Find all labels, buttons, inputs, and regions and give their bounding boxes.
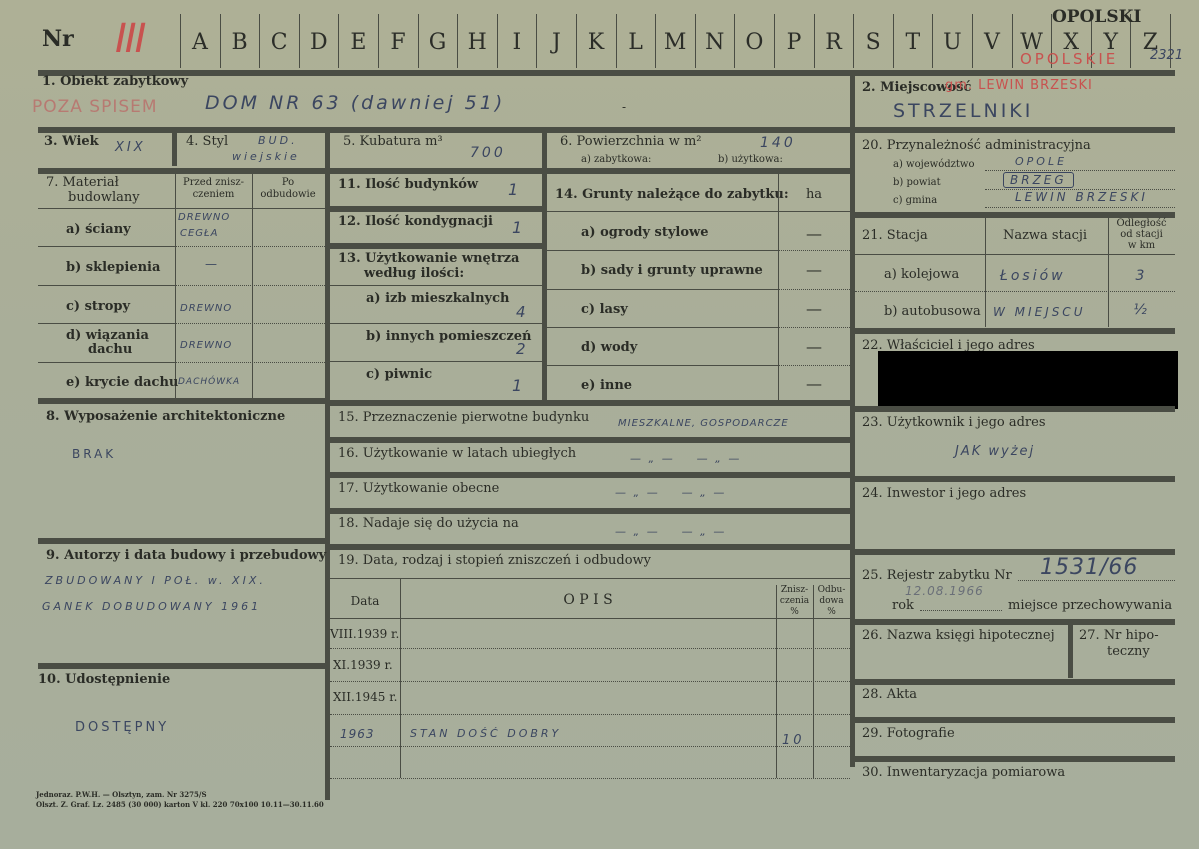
- divider: [855, 619, 1175, 625]
- field5-value: 700: [470, 145, 506, 161]
- field19-col-rebuild-l2: dowa: [813, 596, 850, 607]
- field17-value: — „ — — „ —: [615, 486, 726, 499]
- field20-b-value: BRZEG: [1003, 172, 1074, 188]
- divider: [855, 291, 1175, 292]
- divider: [547, 211, 850, 212]
- monument-record-card: Nr III ABCDEFGHIJKLMNOPRSTUVWXYZ OPOLSKI…: [0, 0, 1199, 849]
- field7-col-after-l1: Po: [253, 177, 323, 189]
- field19-col-desc: O P I S: [400, 593, 776, 608]
- divider: [330, 578, 850, 579]
- field5-label: 5. Kubatura m³: [343, 134, 443, 149]
- field21-row2-distance: ½: [1108, 302, 1175, 318]
- underline: [985, 207, 1175, 208]
- divider: [38, 70, 1175, 76]
- field10-label: 10. Udostępnienie: [38, 672, 170, 687]
- field11-value: 1: [508, 180, 521, 199]
- divider: [855, 756, 1175, 762]
- letter-index-e: E: [338, 30, 378, 55]
- field13-row-c-label: c) piwnic: [366, 367, 432, 382]
- field8-value: BRAK: [72, 447, 116, 461]
- field12-value: 1: [512, 218, 525, 237]
- field19-row3-date: XII.1945 r.: [333, 690, 397, 705]
- field21-col-dist-l3: w km: [1108, 240, 1175, 252]
- field7-row-b-label: b) sklepienia: [66, 260, 160, 275]
- region-handwritten: OPOLSKIE: [1020, 50, 1118, 68]
- field25-year-label: rok: [892, 598, 914, 613]
- divider: [855, 717, 1175, 723]
- letter-index-a: A: [180, 30, 220, 55]
- field20-c-label: c) gmina: [893, 195, 937, 207]
- divider: [855, 406, 1175, 412]
- field25-label: 25. Rejestr zabytku Nr: [862, 568, 1012, 583]
- field25-year-value: 12.08.1966: [905, 584, 984, 598]
- divider: [38, 398, 325, 404]
- divider: [330, 618, 850, 619]
- divider: [330, 206, 542, 212]
- field30-label: 30. Inwentaryzacja pomiarowa: [862, 765, 1065, 780]
- letter-index-u: U: [932, 30, 972, 55]
- redaction-box: [878, 351, 1178, 409]
- field27-label-line1: 27. Nr hipo-: [1079, 628, 1159, 643]
- letter-index-g: G: [418, 30, 458, 55]
- letter-index-p: P: [774, 30, 814, 55]
- field20-label: 20. Przynależność administracyjna: [862, 138, 1091, 153]
- letter-index-d: D: [299, 30, 339, 55]
- field2-annotation: gm. LEWIN BRZESKI: [945, 78, 1093, 93]
- divider: [855, 328, 1175, 334]
- letter-index-o: O: [734, 30, 774, 55]
- divider: [38, 323, 176, 324]
- column-divider: [850, 72, 855, 767]
- underline: [985, 170, 1175, 171]
- field20-a-value: OPOLE: [1015, 155, 1067, 168]
- divider: [330, 714, 850, 715]
- field7-row-c-before: DREWNO: [180, 303, 232, 314]
- field12-label: 12. Ilość kondygnacji: [338, 214, 493, 229]
- field21-label: 21. Stacja: [862, 228, 928, 243]
- field13-label-line2: według ilości:: [364, 266, 464, 281]
- divider: [330, 361, 542, 362]
- field14-row-e-value: —: [778, 374, 850, 393]
- divider: [330, 508, 850, 514]
- letter-index-f: F: [378, 30, 418, 55]
- field15-value: MIESZKALNE, GOSPODARCZE: [618, 418, 789, 429]
- field15-label: 15. Przeznaczenie pierwotne budynku: [338, 410, 589, 425]
- field10-value: DOSTĘPNY: [75, 720, 169, 735]
- field13-row-b-value: 2: [516, 340, 529, 358]
- letter-index-j: J: [536, 30, 576, 55]
- field24-label: 24. Inwestor i jego adres: [862, 486, 1026, 501]
- field19-col-rebuild-l3: %: [813, 607, 850, 618]
- underline: [920, 610, 1002, 611]
- field16-value: — „ — — „ —: [630, 452, 741, 465]
- letter-index-n: N: [695, 30, 735, 55]
- field14-row-c-value: —: [778, 299, 850, 318]
- letter-index-r: R: [814, 30, 854, 55]
- divider: [400, 578, 401, 778]
- field7-row-d-before: DREWNO: [180, 340, 232, 351]
- field20-a-label: a) województwo: [893, 159, 975, 171]
- field1-note: POZA SPISEM: [32, 97, 158, 117]
- field14-row-d-label: d) wody: [581, 340, 637, 355]
- field7-row-c-label: c) stropy: [66, 299, 130, 314]
- field6-label: 6. Powierzchnia w m²: [560, 134, 702, 149]
- divider: [176, 362, 325, 363]
- field6-sub-b: b) użytkowa:: [718, 154, 783, 166]
- field14-label: 14. Grunty należące do zabytku:: [555, 187, 789, 202]
- divider: [855, 254, 1175, 255]
- divider: [252, 172, 253, 400]
- field21-row1-label: a) kolejowa: [884, 267, 959, 282]
- field4-value-line2: wiejskie: [232, 150, 300, 163]
- divider: [778, 250, 850, 251]
- field14-row-a-value: —: [778, 224, 850, 243]
- field27-label-line2: teczny: [1107, 644, 1150, 659]
- field7-row-d-label-l1: d) wiązania: [66, 328, 149, 343]
- field19-col-damage-l1: Znisz-: [776, 585, 813, 596]
- divider: [330, 778, 850, 779]
- field14-row-e-label: e) inne: [581, 378, 632, 393]
- divider: [175, 172, 176, 400]
- divider: [330, 472, 850, 478]
- field1-dash: -: [622, 100, 626, 114]
- field29-label: 29. Fotografie: [862, 726, 955, 741]
- field25-storage-label: miejsce przechowywania: [1008, 598, 1172, 613]
- field13-row-b-label: b) innych pomieszczeń: [366, 329, 532, 344]
- field19-row4-date: 1963: [340, 727, 375, 741]
- field23-label: 23. Użytkownik i jego adres: [862, 415, 1046, 430]
- field9-label: 9. Autorzy i data budowy i przebudowy: [46, 548, 326, 563]
- divider: [38, 285, 176, 286]
- field9-value-line1: ZBUDOWANY I POŁ. w. XIX.: [45, 574, 266, 587]
- field13-row-c-value: 1: [512, 376, 525, 395]
- field7-col-after-l2: odbudowie: [253, 189, 323, 201]
- field18-label: 18. Nadaje się do użycia na: [338, 516, 519, 531]
- underline: [1018, 580, 1175, 581]
- field7-label-line2: budowlany: [68, 190, 140, 205]
- field17-label: 17. Użytkowanie obecne: [338, 481, 499, 496]
- letter-index-v: V: [972, 30, 1012, 55]
- footer-line1: Jednorаz. P.W.H. — Olsztyn, zam. Nr 3275…: [36, 790, 207, 799]
- field14-row-a-label: a) ogrody stylowe: [581, 225, 709, 240]
- divider: [1068, 622, 1073, 678]
- divider: [330, 400, 850, 406]
- divider: [855, 476, 1175, 482]
- field19-col-rebuild-l1: Odbu-: [813, 585, 850, 596]
- field19-row2-date: XI.1939 r.: [333, 658, 393, 673]
- letter-index-h: H: [457, 30, 497, 55]
- divider: [172, 130, 177, 166]
- field16-label: 16. Użytkowanie w latach ubiegłych: [338, 446, 576, 461]
- field7-col-before-l2: czeniem: [176, 189, 251, 201]
- field21-row1-distance: 3: [1108, 268, 1175, 284]
- field6-value: 140: [760, 135, 796, 151]
- field6-sub-a: a) zabytkowa:: [581, 154, 651, 166]
- field20-c-value: LEWIN BRZESKI: [1015, 190, 1148, 204]
- field21-row2-name: W MIEJSCU: [993, 305, 1085, 319]
- divider: [547, 168, 850, 174]
- divider: [38, 538, 325, 544]
- field13-row-a-value: 4: [516, 303, 529, 321]
- divider: [330, 648, 850, 649]
- field23-value: JAK wyżej: [955, 444, 1035, 459]
- divider: [330, 746, 850, 747]
- letter-index-k: K: [576, 30, 616, 55]
- field4-label: 4. Styl: [186, 134, 228, 149]
- field7-col-before-l1: Przed znisz-: [176, 177, 251, 189]
- field13-row-a-label: a) izb mieszkalnych: [366, 291, 509, 306]
- field13-label-line1: 13. Użytkowanie wnętrza: [338, 251, 519, 266]
- divider: [547, 289, 778, 290]
- field26-label: 26. Nazwa księgi hipotecznej: [862, 628, 1055, 643]
- column-divider: [325, 130, 330, 800]
- field14-row-b-value: —: [778, 260, 850, 279]
- field4-value-line1: BUD.: [258, 134, 298, 147]
- field14-row-c-label: c) lasy: [581, 302, 628, 317]
- divider: [38, 208, 325, 209]
- field2-value: STRZELNIKI: [893, 100, 1033, 122]
- field7-row-b-before: —: [205, 257, 220, 271]
- field19-col-damage-l2: czenia: [776, 596, 813, 607]
- divider: [38, 362, 176, 363]
- field7-label-line1: 7. Materiał: [46, 175, 119, 190]
- field28-label: 28. Akta: [862, 687, 917, 702]
- divider: [855, 679, 1175, 685]
- divider: [176, 285, 325, 286]
- field21-row1-name: Łosiów: [1000, 268, 1066, 284]
- divider: [38, 168, 326, 174]
- letter-index-s: S: [853, 30, 893, 55]
- divider: [176, 246, 325, 247]
- field25-value: 1531/66: [1040, 555, 1138, 580]
- divider: [547, 327, 778, 328]
- region-printed: OPOLSKI: [1052, 10, 1141, 25]
- divider: [330, 285, 542, 286]
- field3-label: 3. Wiek: [44, 134, 99, 149]
- field21-row2-label: b) autobusowa: [884, 304, 981, 319]
- field14-unit: ha: [778, 187, 850, 202]
- field1-value: DOM NR 63 (dawniej 51): [205, 92, 505, 114]
- divider: [855, 127, 1175, 133]
- divider: [778, 289, 850, 290]
- footer-line2: Olszt. Z. Graf. Lz. 2485 (30 000) karton…: [36, 800, 324, 809]
- field19-label: 19. Data, rodzaj i stopień zniszczeń i o…: [338, 553, 651, 568]
- field8-label: 8. Wyposażenie architektoniczne: [46, 409, 285, 424]
- field21-col-name: Nazwa stacji: [985, 228, 1105, 243]
- field3-value: XIX: [115, 140, 146, 155]
- field7-row-e-before: DACHÓWKA: [178, 377, 240, 387]
- divider: [778, 365, 850, 366]
- divider: [330, 437, 850, 443]
- letter-index-i: I: [497, 30, 537, 55]
- divider: [778, 327, 850, 328]
- field7-row-a-before-l2: CEGŁA: [180, 228, 219, 239]
- field7-row-a-label: a) ściany: [66, 222, 131, 237]
- divider: [547, 365, 778, 366]
- nr-value: III: [115, 16, 144, 62]
- divider: [330, 323, 542, 324]
- letter-index-c: C: [259, 30, 299, 55]
- divider: [38, 663, 325, 669]
- letter-index-t: T: [893, 30, 933, 55]
- divider: [38, 246, 176, 247]
- field14-row-d-value: —: [778, 337, 850, 356]
- field20-b-label: b) powiat: [893, 177, 941, 189]
- letter-index-m: M: [655, 30, 695, 55]
- field19-row1-date: VIII.1939 r.: [330, 627, 399, 642]
- field14-row-b-label: b) sady i grunty uprawne: [581, 263, 763, 278]
- divider: [330, 168, 542, 174]
- field18-value: — „ — — „ —: [615, 525, 726, 538]
- divider: [38, 127, 850, 133]
- field7-row-d-label-l2: dachu: [88, 342, 132, 357]
- letter-index-b: B: [220, 30, 260, 55]
- field7-row-a-before-l1: DREWNO: [178, 212, 230, 223]
- field19-col-damage-l3: %: [776, 607, 813, 618]
- field19-col-date: Data: [330, 594, 400, 609]
- field1-label: 1. Obiekt zabytkowy: [42, 74, 188, 89]
- letter-index-l: L: [616, 30, 656, 55]
- field19-row4-desc: STAN DOŚĆ DOBRY: [410, 727, 561, 740]
- nr-label: Nr: [42, 32, 74, 47]
- divider: [330, 681, 850, 682]
- divider: [547, 250, 778, 251]
- divider: [176, 323, 325, 324]
- card-number: 2321: [1150, 48, 1183, 63]
- divider: [330, 544, 850, 550]
- field9-value-line2: GANEK DOBUDOWANY 1961: [42, 600, 261, 613]
- field11-label: 11. Ilość budynków: [338, 177, 478, 192]
- divider: [330, 243, 542, 249]
- field7-row-e-label: e) krycie dachu: [66, 375, 178, 390]
